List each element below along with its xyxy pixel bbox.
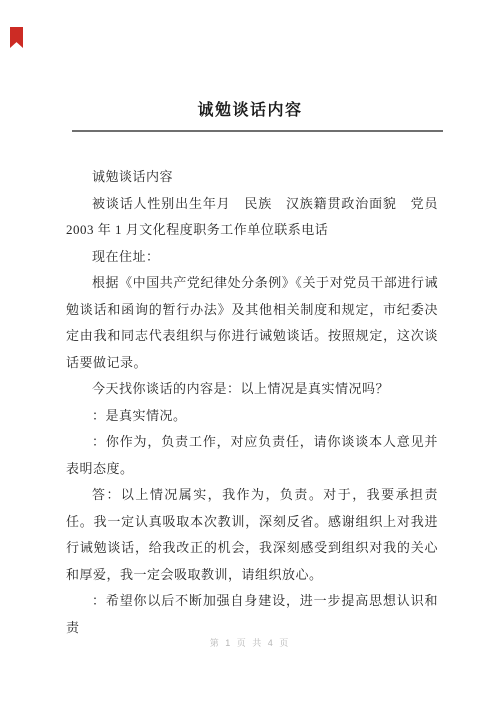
document-page: 诚勉谈话内容 诚勉谈话内容被谈话人性别出生年月 民族 汉族籍贯政治面貌 党员 2…: [0, 0, 500, 707]
paragraph: ：你作为，负责工作，对应负责任，请你谈谈本人意见并表明态度。: [66, 429, 438, 482]
page-number-indicator: 第 1 页 共 4 页: [0, 636, 500, 649]
bookmark-icon: [10, 27, 23, 48]
title-divider: [72, 130, 443, 132]
paragraph: 答：以上情况属实，我作为，负责。对于，我要承担责任。我一定认真吸取本次教训，深刻…: [66, 482, 438, 588]
paragraph: 根据《中国共产党纪律处分条例》《关于对党员干部进行诫勉谈话和函询的暂行办法》及其…: [66, 270, 438, 376]
page-title: 诚勉谈话内容: [0, 97, 500, 120]
paragraph: 现在住址：: [66, 244, 438, 271]
paragraph: ：希望你以后不断加强自身建设，进一步提高思想认识和责: [66, 588, 438, 641]
paragraph: 今天找你谈话的内容是：以上情况是真实情况吗？: [66, 376, 438, 403]
paragraph: ：是真实情况。: [66, 403, 438, 430]
paragraph: 被谈话人性别出生年月 民族 汉族籍贯政治面貌 党员 2003 年 1 月文化程度…: [66, 191, 438, 244]
document-body: 诚勉谈话内容被谈话人性别出生年月 民族 汉族籍贯政治面貌 党员 2003 年 1…: [66, 164, 438, 641]
paragraph: 诚勉谈话内容: [66, 164, 438, 191]
